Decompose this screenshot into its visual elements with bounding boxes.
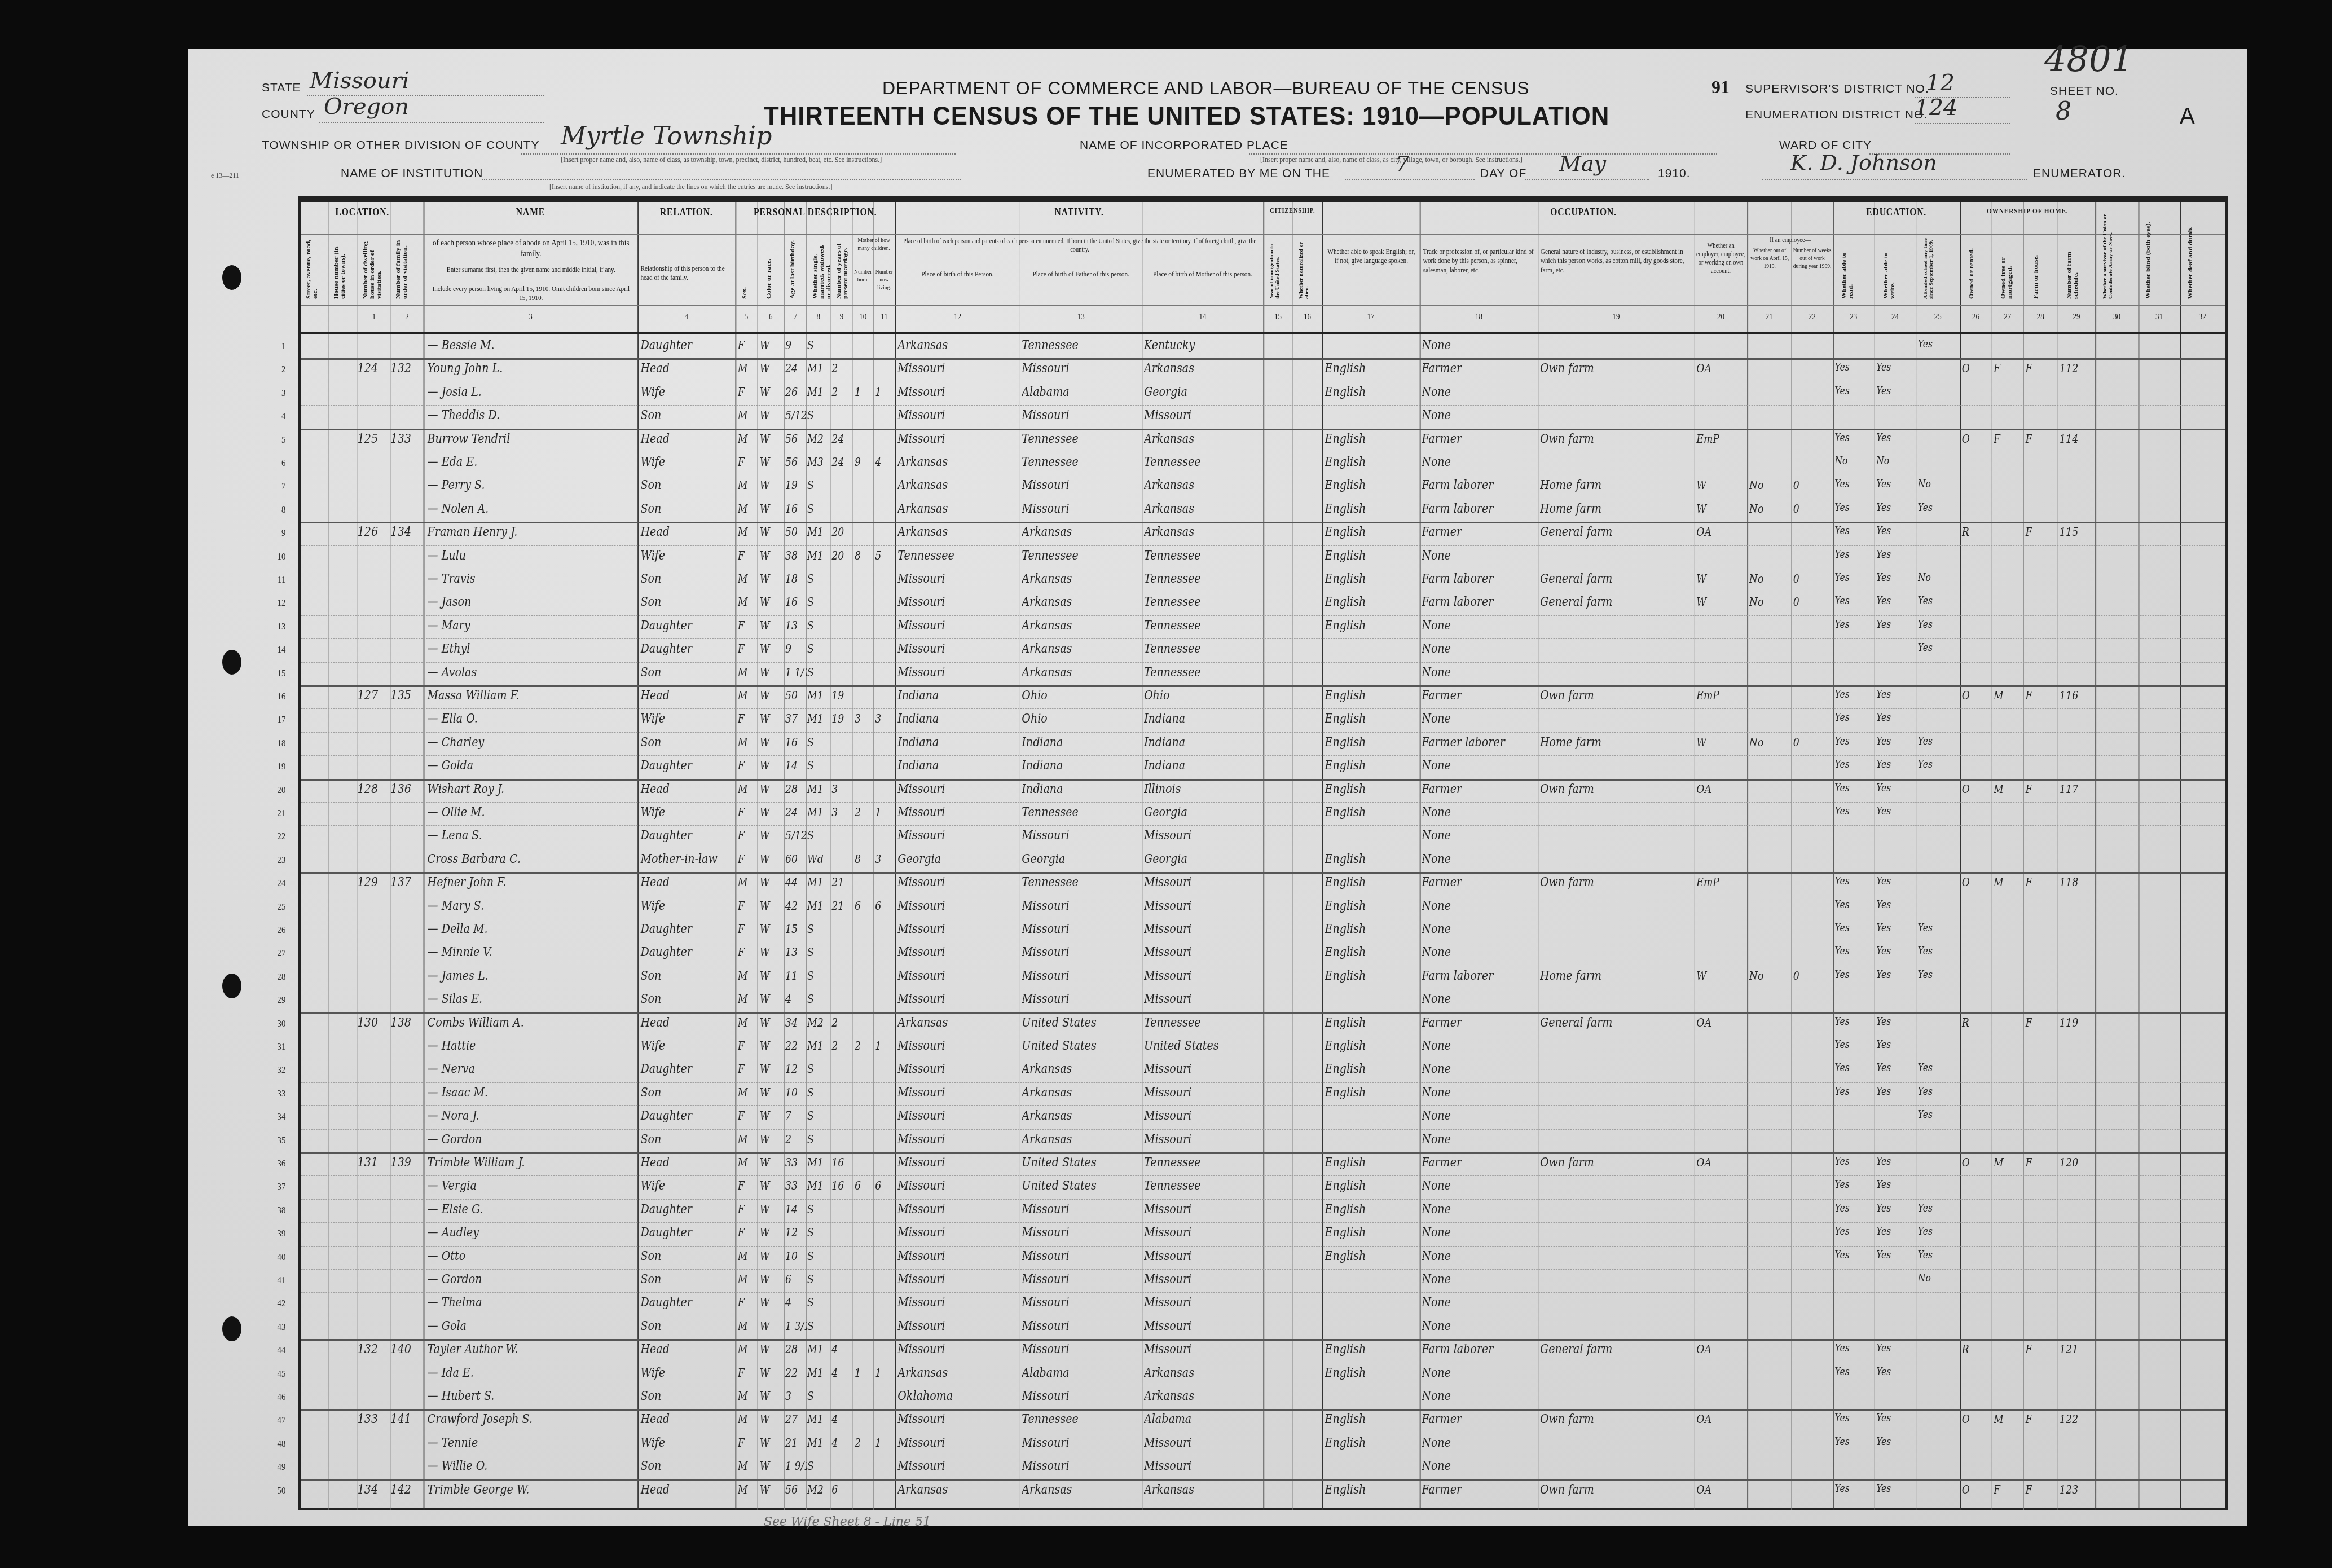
cell-wr: Yes xyxy=(1876,549,1915,561)
cell-ow: No xyxy=(1749,478,1792,492)
cell-occ: None xyxy=(1422,852,1538,866)
cell-eng: English xyxy=(1325,1203,1420,1217)
cell-ms: M1 xyxy=(807,1412,831,1426)
cell-eng: English xyxy=(1325,899,1420,913)
cell-name: — Travis xyxy=(428,572,638,586)
cell-fs: 122 xyxy=(2060,1412,2095,1426)
cell-occ: None xyxy=(1422,1436,1538,1450)
cell-rel: Daughter xyxy=(640,829,733,843)
cell-ms: S xyxy=(807,1086,831,1099)
cell-ms: M1 xyxy=(807,1039,831,1052)
cell-name: — Mary S. xyxy=(428,899,638,913)
cell-name: — Charley xyxy=(428,735,638,750)
cell-pob: Missouri xyxy=(897,875,1020,889)
cell-sex: M xyxy=(738,666,758,679)
cell-emp: OA xyxy=(1696,1342,1747,1356)
cell-fpob: Arkansas xyxy=(1022,1062,1142,1076)
cell-pob: Missouri xyxy=(897,1296,1020,1310)
cell-pob: Georgia xyxy=(897,852,1020,866)
column-number: 6 xyxy=(758,312,785,322)
cell-age: 56 xyxy=(785,1483,807,1496)
hdr-c24: Whether able to write. xyxy=(1882,237,1896,299)
cell-fh: F xyxy=(2025,1342,2057,1356)
cell-eng: English xyxy=(1325,385,1420,399)
cell-rel: Head xyxy=(640,1016,733,1030)
cell-mpob: Missouri xyxy=(1144,899,1263,913)
cell-race: W xyxy=(760,408,784,422)
line-number: 46 xyxy=(266,1391,286,1403)
cell-dw: 130 xyxy=(358,1016,391,1030)
cell-race: W xyxy=(760,432,784,446)
cell-name: — Elsie G. xyxy=(428,1203,638,1217)
cell-pob: Missouri xyxy=(897,572,1020,586)
cell-rel: Wife xyxy=(640,385,733,399)
cell-sex: F xyxy=(738,1203,758,1216)
cell-ms: M1 xyxy=(807,385,831,399)
cell-yrs: 20 xyxy=(831,549,852,562)
column-number: 5 xyxy=(736,312,758,322)
cell-wr: Yes xyxy=(1876,1436,1915,1448)
cell-rel: Son xyxy=(640,1249,733,1263)
cell-emp: OA xyxy=(1696,1016,1747,1029)
cell-name: — Gordon xyxy=(428,1133,638,1147)
cell-sex: F xyxy=(738,619,758,632)
cell-eng: English xyxy=(1325,1226,1420,1240)
cell-pob: Arkansas xyxy=(897,338,1020,353)
cell-living: 3 xyxy=(875,712,895,725)
cell-age: 33 xyxy=(785,1179,807,1192)
cell-emp: OA xyxy=(1696,1156,1747,1169)
cell-name: — Ethyl xyxy=(428,642,638,656)
cell-ms: M1 xyxy=(807,875,831,889)
cell-ms: S xyxy=(807,1272,831,1286)
cell-occ: None xyxy=(1422,455,1538,469)
cell-sex: F xyxy=(738,1179,758,1192)
cell-born: 6 xyxy=(855,1179,873,1192)
cell-rd: Yes xyxy=(1834,1436,1873,1448)
column-number: 31 xyxy=(2139,312,2180,322)
cell-race: W xyxy=(760,712,784,725)
cell-sex: M xyxy=(738,1156,758,1169)
cell-mpob: Tennessee xyxy=(1144,619,1263,633)
column-number: 4 xyxy=(637,312,735,322)
enumeration-district: 124 xyxy=(1915,95,1957,121)
cell-fpob: Missouri xyxy=(1022,922,1142,936)
cell-fpob: Arkansas xyxy=(1022,666,1142,680)
line-number: 50 xyxy=(266,1485,286,1496)
cell-sch: Yes xyxy=(1918,1249,1960,1261)
cell-age: 21 xyxy=(785,1436,807,1450)
cell-fh: F xyxy=(2025,689,2057,702)
cell-age: 56 xyxy=(785,455,807,469)
cell-eng: English xyxy=(1325,432,1420,446)
cell-own: R xyxy=(1962,1342,1991,1356)
cell-age: 56 xyxy=(785,432,807,446)
column-number: 21 xyxy=(1747,312,1791,322)
cell-rel: Daughter xyxy=(640,922,733,936)
cell-mpob: Arkansas xyxy=(1144,1483,1263,1497)
cell-eng: English xyxy=(1325,875,1420,889)
cell-fpob: Tennessee xyxy=(1022,338,1142,353)
cell-rd: Yes xyxy=(1834,782,1873,794)
cell-race: W xyxy=(760,1179,784,1192)
cell-occ: None xyxy=(1422,619,1538,633)
cell-wk: 0 xyxy=(1793,735,1832,749)
hdr-c8: Whether single, married, widowed, or div… xyxy=(812,237,833,299)
cell-own: R xyxy=(1962,1016,1991,1029)
hdr-employee: If an employee— xyxy=(1748,236,1832,244)
cell-ms: M3 xyxy=(807,455,831,469)
cell-ms: S xyxy=(807,478,831,492)
cell-rel: Daughter xyxy=(640,1203,733,1217)
group-citizenship: CITIZENSHIP. xyxy=(1263,206,1322,215)
cell-wr: Yes xyxy=(1876,502,1915,514)
cell-rel: Daughter xyxy=(640,1062,733,1076)
cell-rel: Daughter xyxy=(640,338,733,353)
cell-emp: EmP xyxy=(1696,432,1747,446)
cell-race: W xyxy=(760,1319,784,1333)
cell-yrs: 4 xyxy=(831,1436,852,1450)
cell-wr: Yes xyxy=(1876,595,1915,607)
cell-race: W xyxy=(760,829,784,842)
cell-fm: F xyxy=(1994,362,2023,375)
cell-name: Hefner John F. xyxy=(428,875,638,889)
cell-occ: Farmer xyxy=(1422,1016,1538,1030)
cell-race: W xyxy=(760,1249,784,1263)
cell-rel: Son xyxy=(640,478,733,492)
cell-ms: M2 xyxy=(807,1483,831,1496)
cell-wr: Yes xyxy=(1876,1203,1915,1214)
cell-occ: None xyxy=(1422,1319,1538,1333)
cell-rel: Wife xyxy=(640,549,733,563)
cell-mpob: Tennessee xyxy=(1144,1016,1263,1030)
cell-yrs: 4 xyxy=(831,1412,852,1426)
cell-rd: Yes xyxy=(1834,875,1873,887)
line-number: 32 xyxy=(266,1064,286,1076)
cell-name: — Hattie xyxy=(428,1039,638,1053)
cell-fpob: Arkansas xyxy=(1022,1483,1142,1497)
cell-mpob: Arkansas xyxy=(1144,478,1263,492)
cell-rd: Yes xyxy=(1834,969,1873,981)
cell-age: 19 xyxy=(785,478,807,492)
column-number: 8 xyxy=(806,312,830,322)
hdr-mother: Mother of how many children. xyxy=(853,237,895,253)
cell-occ: None xyxy=(1422,1039,1538,1053)
cell-ms: S xyxy=(807,1296,831,1309)
cell-sex: F xyxy=(738,1436,758,1450)
cell-fpob: Missouri xyxy=(1022,1389,1142,1403)
hdr-c19: General nature of industry, business, or… xyxy=(1541,247,1692,275)
cell-age: 60 xyxy=(785,852,807,866)
hdr-c1: Number of dwelling house in order of vis… xyxy=(362,237,382,299)
cell-fpob: United States xyxy=(1022,1039,1142,1053)
cell-dw: 132 xyxy=(358,1342,391,1356)
cell-ind: General farm xyxy=(1540,595,1695,609)
hdr-c27: Owned free or mortgaged. xyxy=(2000,237,2013,299)
cell-wr: Yes xyxy=(1876,922,1915,934)
cell-ms: S xyxy=(807,945,831,959)
cell-fpob: Tennessee xyxy=(1022,549,1142,563)
line-number: 15 xyxy=(266,668,286,679)
cell-rel: Daughter xyxy=(640,759,733,773)
column-number: 16 xyxy=(1292,312,1322,322)
cell-rel: Head xyxy=(640,1342,733,1356)
cell-sch: Yes xyxy=(1918,922,1960,934)
cell-age: 2 xyxy=(785,1133,807,1146)
cell-fpob: Arkansas xyxy=(1022,595,1142,609)
cell-sex: M xyxy=(738,595,758,609)
cell-name: Crawford Joseph S. xyxy=(428,1412,638,1426)
cell-rel: Head xyxy=(640,689,733,703)
cell-sex: F xyxy=(738,1109,758,1122)
cell-age: 4 xyxy=(785,1296,807,1309)
cell-mpob: Missouri xyxy=(1144,1436,1263,1450)
cell-ms: S xyxy=(807,502,831,516)
hdr-c5: Sex. xyxy=(741,237,748,299)
cell-age: 3 xyxy=(785,1389,807,1403)
cell-rel: Head xyxy=(640,432,733,446)
cell-sex: F xyxy=(738,899,758,913)
hdr-c21: Whether out of work on April 15, 1910. xyxy=(1748,247,1791,270)
cell-pob: Missouri xyxy=(897,1086,1020,1100)
group-personal-description: PERSONAL DESCRIPTION. xyxy=(736,206,895,218)
cell-yrs: 2 xyxy=(831,385,852,399)
cell-ms: S xyxy=(807,1389,831,1403)
cell-rel: Son xyxy=(640,735,733,750)
cell-eng: English xyxy=(1325,689,1420,703)
cell-sch: Yes xyxy=(1918,1062,1960,1074)
cell-fh: F xyxy=(2025,782,2057,796)
cell-occ: None xyxy=(1422,1296,1538,1310)
cell-mpob: Missouri xyxy=(1144,1062,1263,1076)
cell-rd: Yes xyxy=(1834,572,1873,584)
cell-rel: Son xyxy=(640,1319,733,1333)
cell-fs: 120 xyxy=(2060,1156,2095,1169)
cell-own: O xyxy=(1962,1483,1991,1496)
cell-name: — Silas E. xyxy=(428,992,638,1006)
cell-race: W xyxy=(760,945,784,959)
cell-yrs: 2 xyxy=(831,1039,852,1052)
line-number: 14 xyxy=(266,644,286,655)
cell-eng: English xyxy=(1325,619,1420,633)
cell-mpob: Tennessee xyxy=(1144,549,1263,563)
cell-name: — Willie O. xyxy=(428,1459,638,1473)
cell-age: 16 xyxy=(785,595,807,609)
cell-mpob: Arkansas xyxy=(1144,362,1263,376)
cell-sch: Yes xyxy=(1918,619,1960,631)
cell-ms: S xyxy=(807,992,831,1006)
cell-age: 6 xyxy=(785,1272,807,1286)
footer-note: See Wife Sheet 8 - Line 51 xyxy=(764,1515,931,1529)
cell-occ: None xyxy=(1422,1062,1538,1076)
cell-wr: Yes xyxy=(1876,945,1915,957)
cell-pob: Missouri xyxy=(897,408,1020,422)
line-number: 43 xyxy=(266,1322,286,1333)
cell-race: W xyxy=(760,1366,784,1380)
cell-born: 8 xyxy=(855,852,873,866)
cell-pob: Arkansas xyxy=(897,525,1020,539)
line-number: 2 xyxy=(266,364,286,375)
cell-sex: F xyxy=(738,829,758,842)
column-number: 18 xyxy=(1420,312,1538,322)
column-number: 12 xyxy=(895,312,1020,322)
cell-yrs: 24 xyxy=(831,455,852,469)
cell-rel: Son xyxy=(640,969,733,983)
column-number: 30 xyxy=(2095,312,2138,322)
cell-age: 42 xyxy=(785,899,807,913)
cell-fs: 119 xyxy=(2060,1016,2095,1029)
cell-wr: Yes xyxy=(1876,1412,1915,1424)
column-number: 25 xyxy=(1916,312,1960,322)
state-label: State xyxy=(262,81,301,95)
cell-ind: Home farm xyxy=(1540,502,1695,516)
cell-sex: F xyxy=(738,945,758,959)
cell-rd: Yes xyxy=(1834,712,1873,724)
cell-wr: Yes xyxy=(1876,759,1915,770)
cell-occ: None xyxy=(1422,1272,1538,1287)
cell-living: 1 xyxy=(875,805,895,819)
cell-pob: Missouri xyxy=(897,1436,1020,1450)
cell-emp: EmP xyxy=(1696,875,1747,889)
cell-pob: Missouri xyxy=(897,1039,1020,1053)
enumeration-label: Enumeration District No. xyxy=(1745,108,1928,122)
hdr-c25: Attended school any time since September… xyxy=(1923,237,1934,299)
cell-pob: Missouri xyxy=(897,385,1020,399)
cell-sex: M xyxy=(738,1319,758,1333)
cell-pob: Arkansas xyxy=(897,1483,1020,1497)
cell-pob: Missouri xyxy=(897,1133,1020,1147)
hdr-c6: Color or race. xyxy=(765,237,772,299)
column-number: 14 xyxy=(1142,312,1264,322)
cell-pob: Arkansas xyxy=(897,455,1020,469)
cell-race: W xyxy=(760,1459,784,1473)
cell-fpob: Tennessee xyxy=(1022,875,1142,889)
cell-name: Combs William A. xyxy=(428,1016,638,1030)
line-number: 7 xyxy=(266,481,286,492)
cell-mpob: United States xyxy=(1144,1039,1263,1053)
cell-rel: Wife xyxy=(640,1039,733,1053)
cell-race: W xyxy=(760,735,784,749)
cell-age: 50 xyxy=(785,525,807,539)
line-number: 3 xyxy=(266,387,286,399)
cell-dw: 128 xyxy=(358,782,391,796)
cell-living: 1 xyxy=(875,385,895,399)
cell-eng: English xyxy=(1325,852,1420,866)
line-number: 13 xyxy=(266,621,286,632)
line-number: 33 xyxy=(266,1088,286,1099)
line-number: 23 xyxy=(266,855,286,866)
cell-sex: M xyxy=(738,1459,758,1473)
cell-age: 22 xyxy=(785,1366,807,1380)
cell-rd: Yes xyxy=(1834,1016,1873,1028)
cell-mpob: Indiana xyxy=(1144,735,1263,750)
cell-rel: Daughter xyxy=(640,1296,733,1310)
cell-mpob: Tennessee xyxy=(1144,1156,1263,1170)
cell-name: Wishart Roy J. xyxy=(428,782,638,796)
cell-sex: F xyxy=(738,549,758,562)
cell-name: — Jason xyxy=(428,595,638,609)
cell-wr: Yes xyxy=(1876,1483,1915,1495)
cell-name: — Minnie V. xyxy=(428,945,638,959)
cell-name: — Josia L. xyxy=(428,385,638,399)
hdr-c32: Whether deaf and dumb. xyxy=(2187,209,2194,299)
cell-occ: Farm laborer xyxy=(1422,478,1538,492)
cell-pob: Missouri xyxy=(897,1226,1020,1240)
cell-wr: Yes xyxy=(1876,1249,1915,1261)
cell-wr: Yes xyxy=(1876,1156,1915,1168)
cell-emp: OA xyxy=(1696,525,1747,539)
cell-fs: 114 xyxy=(2060,432,2095,446)
cell-yrs: 21 xyxy=(831,875,852,889)
cell-wr: Yes xyxy=(1876,1016,1915,1028)
cell-sex: M xyxy=(738,782,758,796)
cell-occ: Farm laborer xyxy=(1422,502,1538,516)
cell-sch: Yes xyxy=(1918,1109,1960,1121)
cell-occ: None xyxy=(1422,805,1538,820)
township-label: Township or other division of county xyxy=(262,139,540,152)
line-number: 19 xyxy=(266,761,286,772)
cell-name: — Ollie M. xyxy=(428,805,638,820)
cell-name: — Bessie M. xyxy=(428,338,638,353)
cell-pob: Tennessee xyxy=(897,549,1020,563)
cell-occ: Farmer xyxy=(1422,1412,1538,1426)
cell-eng: English xyxy=(1325,1039,1420,1053)
cell-age: 1 3/12 xyxy=(785,1319,807,1333)
cell-rel: Head xyxy=(640,1156,733,1170)
hdr-c4: Relationship of this person to the head … xyxy=(640,264,732,283)
cell-age: 24 xyxy=(785,362,807,375)
cell-fm: M xyxy=(1994,689,2023,702)
cell-rel: Son xyxy=(640,502,733,516)
cell-name: — James L. xyxy=(428,969,638,983)
cell-rd: Yes xyxy=(1834,1156,1873,1168)
cell-sex: M xyxy=(738,689,758,702)
cell-pob: Indiana xyxy=(897,712,1020,726)
census-title: THIRTEENTH CENSUS OF THE UNITED STATES: … xyxy=(764,100,1609,131)
cell-sex: F xyxy=(738,922,758,936)
cell-rel: Son xyxy=(640,1086,733,1100)
cell-fam: 137 xyxy=(391,875,424,889)
cell-fpob: Missouri xyxy=(1022,1319,1142,1333)
cell-rd: Yes xyxy=(1834,1203,1873,1214)
cell-rel: Son xyxy=(640,992,733,1006)
cell-rd: Yes xyxy=(1834,432,1873,444)
cell-age: 16 xyxy=(785,502,807,516)
line-number: 8 xyxy=(266,504,286,516)
cell-age: 28 xyxy=(785,782,807,796)
cell-race: W xyxy=(760,595,784,609)
cell-sex: M xyxy=(738,478,758,492)
cell-eng: English xyxy=(1325,1366,1420,1380)
cell-rd: Yes xyxy=(1834,805,1873,817)
column-number: 1 xyxy=(358,312,391,322)
cell-rd: Yes xyxy=(1834,478,1873,490)
cell-race: W xyxy=(760,642,784,655)
cell-race: W xyxy=(760,1086,784,1099)
cell-pob: Missouri xyxy=(897,1459,1020,1473)
cell-yrs: 2 xyxy=(831,362,852,375)
cell-fpob: Tennessee xyxy=(1022,432,1142,446)
cell-pob: Missouri xyxy=(897,595,1020,609)
cell-occ: Farmer xyxy=(1422,689,1538,703)
cell-mpob: Missouri xyxy=(1144,1203,1263,1217)
cell-yrs: 6 xyxy=(831,1483,852,1496)
cell-ms: M1 xyxy=(807,689,831,702)
cell-eng: English xyxy=(1325,805,1420,820)
cell-emp: W xyxy=(1696,478,1747,492)
column-number: 9 xyxy=(831,312,853,322)
cell-race: W xyxy=(760,455,784,469)
